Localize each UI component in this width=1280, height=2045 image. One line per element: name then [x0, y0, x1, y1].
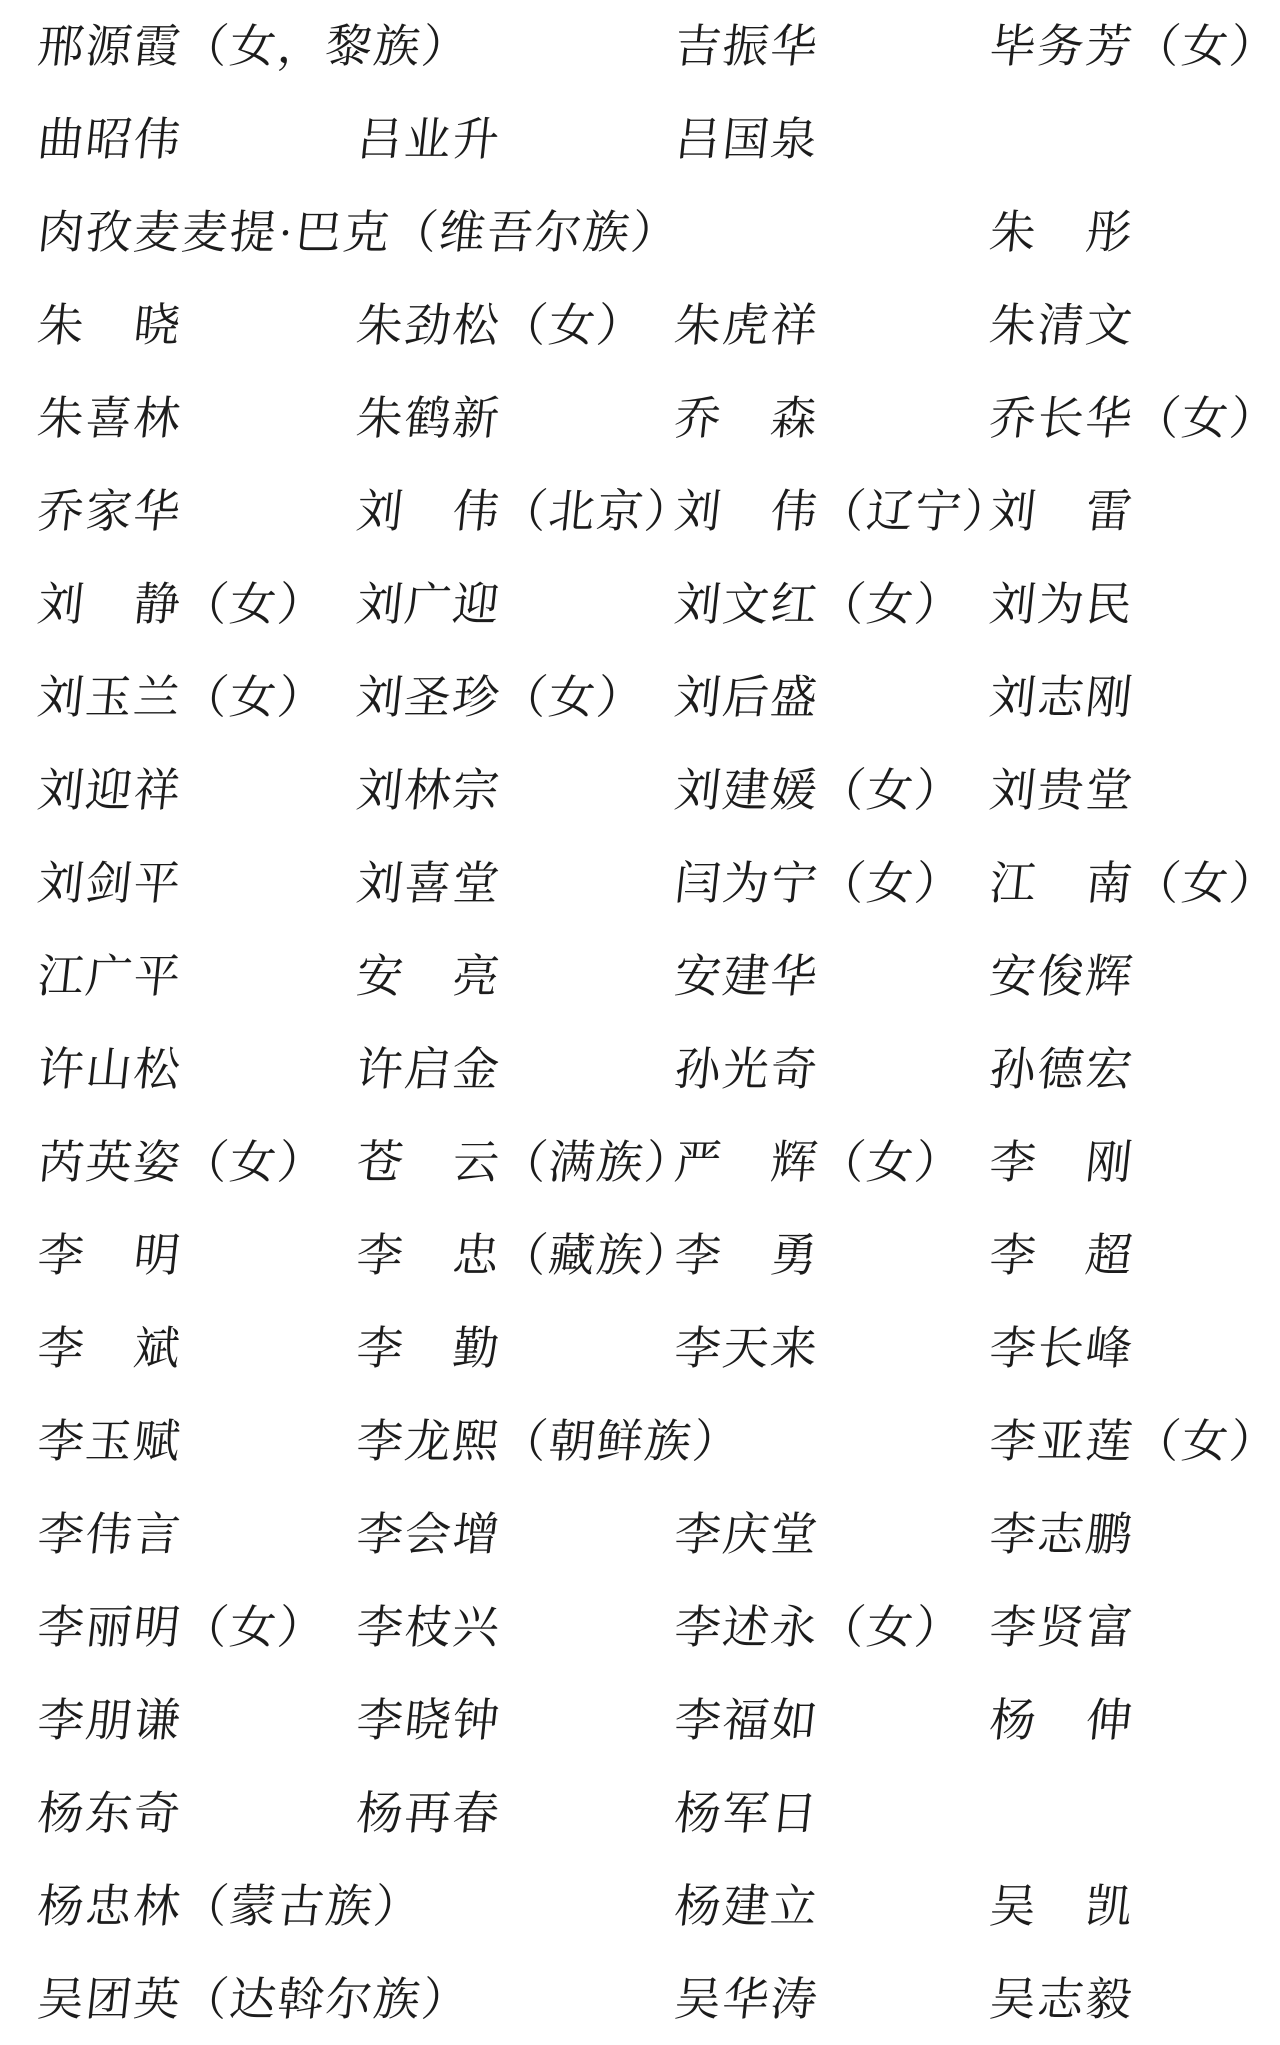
name-entry: 许山松: [33, 1023, 187, 1116]
name-entry: 肉孜麦麦提·巴克（维吾尔族）: [33, 186, 684, 279]
name-entry: 安建华: [670, 930, 824, 1023]
name-entry: 严 辉（女）: [670, 1116, 968, 1209]
name-row: 邢源霞（女，黎族） 吉振华 毕务芳（女）: [0, 0, 1280, 93]
name-entry: 李福如: [670, 1674, 824, 1767]
name-entry: 江 南（女）: [985, 837, 1280, 930]
name-list-page: 邢源霞（女，黎族） 吉振华 毕务芳（女） 曲昭伟 吕业升 吕国泉 肉孜麦麦提·巴…: [0, 0, 1280, 2045]
name-entry: 吴华涛: [670, 1953, 824, 2045]
name-entry: 曲昭伟: [33, 93, 187, 186]
name-row: 李丽明（女） 李枝兴 李述永（女） 李贤富: [0, 1581, 1280, 1674]
name-entry: 刘 伟（北京）: [352, 465, 698, 558]
name-entry: 李 勇: [670, 1209, 824, 1302]
name-entry: 吴 凯: [985, 1860, 1139, 1953]
name-entry: 毕务芳（女）: [985, 0, 1280, 93]
name-entry: 刘喜堂: [352, 837, 506, 930]
name-entry: 芮英姿（女）: [33, 1116, 331, 1209]
name-entry: 李会增: [352, 1488, 506, 1581]
name-row: 李朋谦 李晓钟 李福如 杨 伸: [0, 1674, 1280, 1767]
name-entry: 杨 伸: [985, 1674, 1139, 1767]
name-entry: 朱清文: [985, 279, 1139, 372]
name-entry: 朱喜林: [33, 372, 187, 465]
name-entry: 杨忠林（蒙古族）: [33, 1860, 427, 1953]
name-entry: 刘林宗: [352, 744, 506, 837]
name-row: 肉孜麦麦提·巴克（维吾尔族） 朱 彤: [0, 186, 1280, 279]
name-entry: 李 忠（藏族）: [352, 1209, 698, 1302]
name-entry: 江广平: [33, 930, 187, 1023]
name-entry: 李枝兴: [352, 1581, 506, 1674]
name-entry: 刘建媛（女）: [670, 744, 968, 837]
name-row: 朱喜林 朱鹤新 乔 森 乔长华（女）: [0, 372, 1280, 465]
name-entry: 孙光奇: [670, 1023, 824, 1116]
name-entry: 刘 雷: [985, 465, 1139, 558]
name-entry: 李丽明（女）: [33, 1581, 331, 1674]
name-entry: 李庆堂: [670, 1488, 824, 1581]
name-entry: 乔长华（女）: [985, 372, 1280, 465]
name-entry: 李亚莲（女）: [985, 1395, 1280, 1488]
name-entry: 杨再春: [352, 1767, 506, 1860]
name-row: 李 明 李 忠（藏族） 李 勇 李 超: [0, 1209, 1280, 1302]
name-entry: 吴志毅: [985, 1953, 1139, 2045]
name-entry: 邢源霞（女，黎族）: [33, 0, 475, 93]
name-row: 李伟言 李会增 李庆堂 李志鹏: [0, 1488, 1280, 1581]
name-row: 刘玉兰（女） 刘圣珍（女） 刘后盛 刘志刚: [0, 651, 1280, 744]
name-entry: 安 亮: [352, 930, 506, 1023]
name-entry: 李晓钟: [352, 1674, 506, 1767]
name-row: 刘迎祥 刘林宗 刘建媛（女） 刘贵堂: [0, 744, 1280, 837]
name-entry: 朱 晓: [33, 279, 187, 372]
name-entry: 李伟言: [33, 1488, 187, 1581]
name-entry: 朱鹤新: [352, 372, 506, 465]
name-row: 李 斌 李 勤 李天来 李长峰: [0, 1302, 1280, 1395]
name-row: 江广平 安 亮 安建华 安俊辉: [0, 930, 1280, 1023]
name-row: 芮英姿（女） 苍 云（满族） 严 辉（女） 李 刚: [0, 1116, 1280, 1209]
name-entry: 李贤富: [985, 1581, 1139, 1674]
name-entry: 李 超: [985, 1209, 1139, 1302]
name-entry: 朱 彤: [985, 186, 1139, 279]
name-entry: 杨建立: [670, 1860, 824, 1953]
name-row: 杨东奇 杨再春 杨军日: [0, 1767, 1280, 1860]
name-entry: 杨军日: [670, 1767, 824, 1860]
name-entry: 刘为民: [985, 558, 1139, 651]
name-entry: 刘后盛: [670, 651, 824, 744]
name-entry: 孙德宏: [985, 1023, 1139, 1116]
name-entry: 刘广迎: [352, 558, 506, 651]
name-entry: 刘玉兰（女）: [33, 651, 331, 744]
name-entry: 李长峰: [985, 1302, 1139, 1395]
name-entry: 李述永（女）: [670, 1581, 968, 1674]
name-entry: 刘文红（女）: [670, 558, 968, 651]
name-entry: 刘志刚: [985, 651, 1139, 744]
name-entry: 杨东奇: [33, 1767, 187, 1860]
name-row: 曲昭伟 吕业升 吕国泉: [0, 93, 1280, 186]
name-entry: 吉振华: [670, 0, 824, 93]
name-entry: 李玉赋: [33, 1395, 187, 1488]
name-entry: 刘 静（女）: [33, 558, 331, 651]
name-entry: 吕业升: [352, 93, 506, 186]
name-row: 朱 晓 朱劲松（女） 朱虎祥 朱清文: [0, 279, 1280, 372]
name-entry: 刘 伟（辽宁）: [670, 465, 1016, 558]
name-entry: 苍 云（满族）: [352, 1116, 698, 1209]
name-entry: 吴团英（达斡尔族）: [33, 1953, 475, 2045]
name-entry: 乔家华: [33, 465, 187, 558]
name-entry: 刘贵堂: [985, 744, 1139, 837]
name-entry: 李天来: [670, 1302, 824, 1395]
name-entry: 李 斌: [33, 1302, 187, 1395]
name-entry: 乔 森: [670, 372, 824, 465]
name-entry: 许启金: [352, 1023, 506, 1116]
name-entry: 安俊辉: [985, 930, 1139, 1023]
name-entry: 闫为宁（女）: [670, 837, 968, 930]
name-entry: 李朋谦: [33, 1674, 187, 1767]
name-entry: 刘迎祥: [33, 744, 187, 837]
name-row: 许山松 许启金 孙光奇 孙德宏: [0, 1023, 1280, 1116]
name-row: 刘 静（女） 刘广迎 刘文红（女） 刘为民: [0, 558, 1280, 651]
name-entry: 李 勤: [352, 1302, 506, 1395]
name-row: 杨忠林（蒙古族） 杨建立 吴 凯: [0, 1860, 1280, 1953]
name-entry: 李志鹏: [985, 1488, 1139, 1581]
name-entry: 李 刚: [985, 1116, 1139, 1209]
name-row: 吴团英（达斡尔族） 吴华涛 吴志毅: [0, 1953, 1280, 2045]
name-entry: 李龙熙（朝鲜族）: [352, 1395, 746, 1488]
name-row: 乔家华 刘 伟（北京） 刘 伟（辽宁） 刘 雷: [0, 465, 1280, 558]
name-entry: 刘剑平: [33, 837, 187, 930]
name-row: 李玉赋 李龙熙（朝鲜族） 李亚莲（女）: [0, 1395, 1280, 1488]
name-entry: 朱劲松（女）: [352, 279, 650, 372]
name-entry: 吕国泉: [670, 93, 824, 186]
name-entry: 朱虎祥: [670, 279, 824, 372]
name-entry: 李 明: [33, 1209, 187, 1302]
name-entry: 刘圣珍（女）: [352, 651, 650, 744]
name-row: 刘剑平 刘喜堂 闫为宁（女） 江 南（女）: [0, 837, 1280, 930]
